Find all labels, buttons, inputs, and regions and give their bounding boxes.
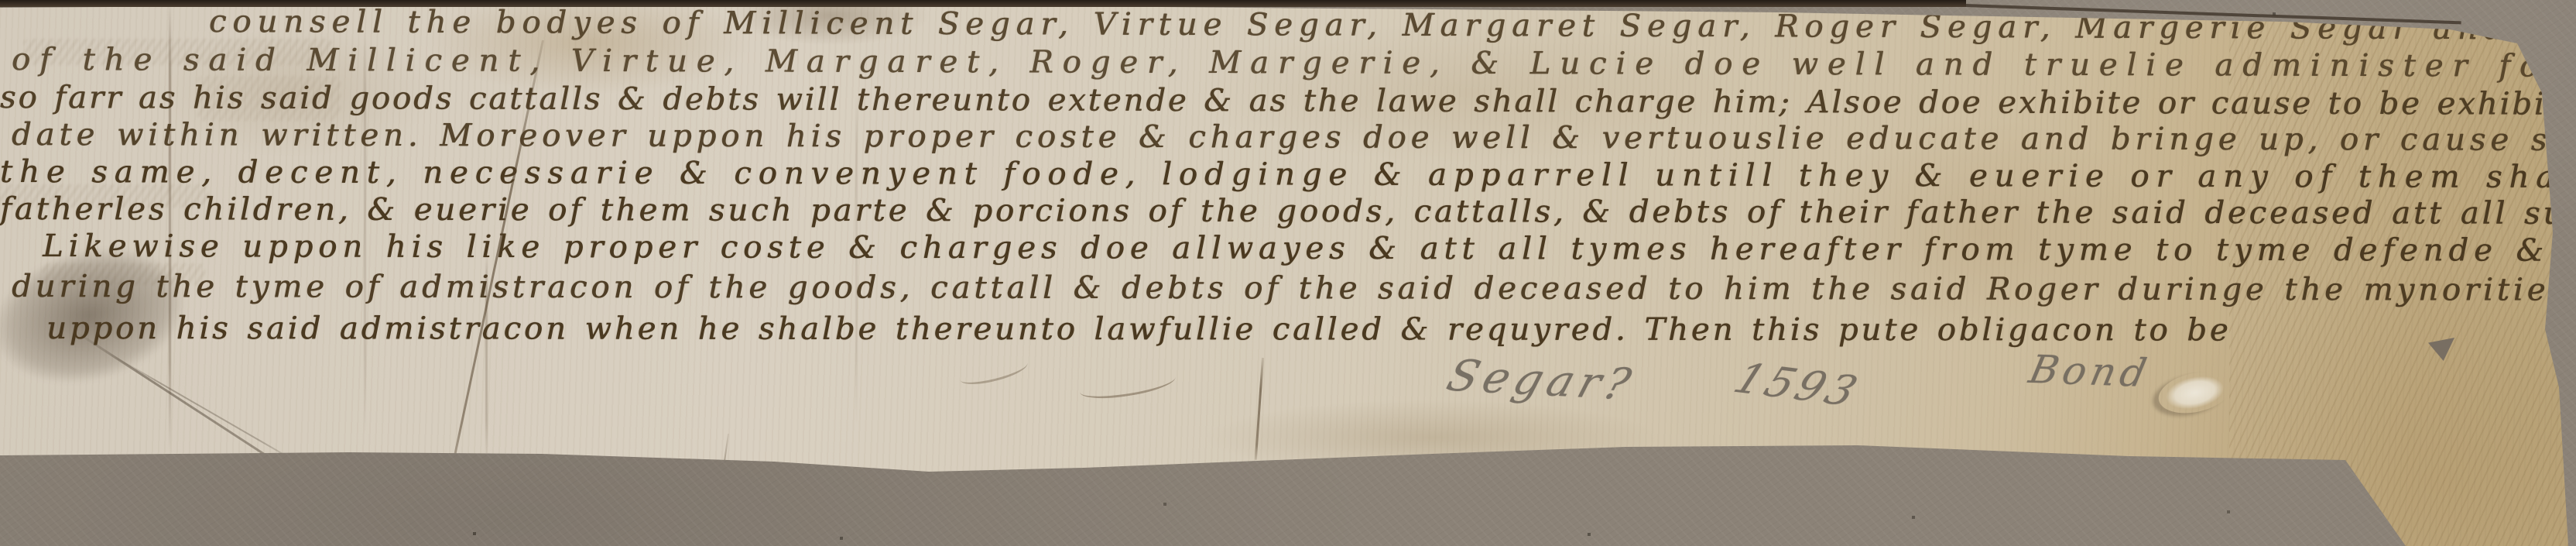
manuscript-line: so farr as his said goods cattalls & deb…	[0, 82, 2576, 120]
manuscript-line: uppon his said admistracon when he shalb…	[46, 313, 2232, 345]
manuscript-line: during the tyme of admistracon of the go…	[12, 271, 2576, 306]
pencil-annotation-name: Segar?	[1442, 355, 1640, 407]
manuscript-line: date within written. Moreover uppon his …	[12, 119, 2576, 156]
manuscript-line: Likewise uppon his like proper coste & c…	[43, 231, 2576, 266]
manuscript-line: of the said Millicent, Virtue, Margaret,…	[12, 44, 2571, 82]
manuscript-photo: counsell the bodyes of Millicent Segar, …	[0, 0, 2576, 546]
photo-edge-shadow	[0, 0, 1966, 7]
manuscript-line: the same, decent, necessarie & convenyen…	[0, 156, 2576, 193]
manuscript-line: fatherles children, & euerie of them suc…	[0, 194, 2576, 229]
pencil-annotation-doc-type: Bond	[2026, 350, 2154, 393]
